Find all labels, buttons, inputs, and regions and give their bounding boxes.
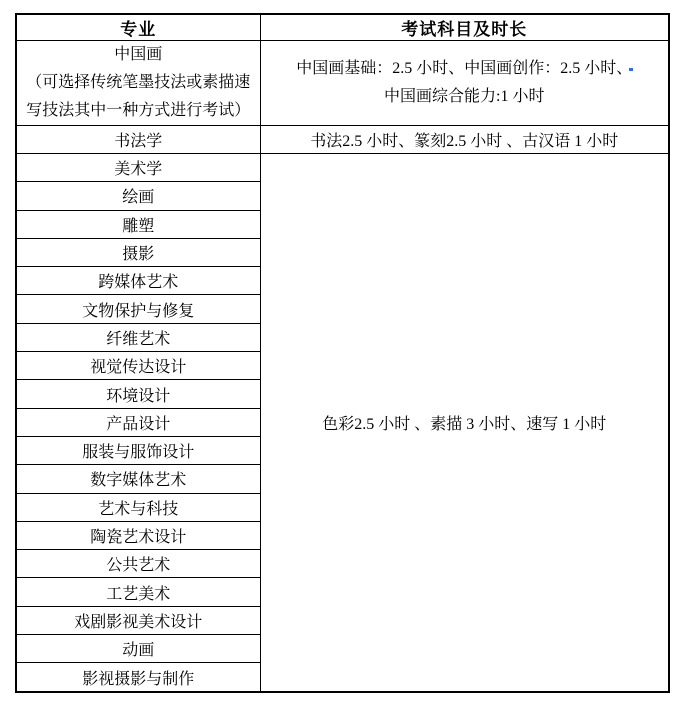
major-cell: 艺术与科技	[16, 493, 260, 521]
exam-subjects-table: 专业 考试科目及时长 中国画 （可选择传统笔墨技法或素描速 写技法其中一种方式进…	[15, 13, 670, 693]
major-cell: 雕塑	[16, 210, 260, 238]
major-cell: 影视摄影与制作	[16, 663, 260, 692]
major-cell: 纤维艺术	[16, 323, 260, 351]
major-cell-chinese-painting: 中国画 （可选择传统笔墨技法或素描速 写技法其中一种方式进行考试）	[16, 41, 260, 126]
header-row: 专业 考试科目及时长	[16, 14, 669, 41]
table-row-chinese-painting: 中国画 （可选择传统笔墨技法或素描速 写技法其中一种方式进行考试） 中国画基础：…	[16, 41, 669, 126]
major-cell: 数字媒体艺术	[16, 465, 260, 493]
column-header-major: 专业	[16, 14, 260, 41]
major-cell: 绘画	[16, 182, 260, 210]
major-cell: 动画	[16, 635, 260, 663]
major-note-line1: （可选择传统笔墨技法或素描速	[19, 69, 258, 97]
artifact-blue-dot	[629, 68, 633, 71]
major-cell: 戏剧影视美术设计	[16, 606, 260, 634]
exam-text-line1: 中国画基础：2.5 小时、中国画创作：2.5 小时、	[263, 55, 667, 83]
major-cell: 文物保护与修复	[16, 295, 260, 323]
major-cell: 产品设计	[16, 408, 260, 436]
table-row: 美术学 色彩2.5 小时 、素描 3 小时、速写 1 小时	[16, 154, 669, 182]
major-cell: 陶瓷艺术设计	[16, 521, 260, 549]
exam-cell-chinese-painting: 中国画基础：2.5 小时、中国画创作：2.5 小时、 中国画综合能力:1 小时	[260, 41, 669, 126]
exam-cell-general-merged: 色彩2.5 小时 、素描 3 小时、速写 1 小时	[260, 154, 669, 693]
major-cell: 工艺美术	[16, 578, 260, 606]
major-cell-calligraphy: 书法学	[16, 126, 260, 154]
major-cell: 跨媒体艺术	[16, 267, 260, 295]
table-row-calligraphy: 书法学 书法2.5 小时、篆刻2.5 小时 、古汉语 1 小时	[16, 126, 669, 154]
major-cell: 美术学	[16, 154, 260, 182]
exam-text-line2: 中国画综合能力:1 小时	[263, 83, 667, 111]
major-cell: 服装与服饰设计	[16, 436, 260, 464]
major-cell: 环境设计	[16, 380, 260, 408]
major-cell: 公共艺术	[16, 550, 260, 578]
exam-cell-calligraphy: 书法2.5 小时、篆刻2.5 小时 、古汉语 1 小时	[260, 126, 669, 154]
major-name: 中国画	[19, 41, 258, 69]
major-note-line2: 写技法其中一种方式进行考试）	[19, 97, 258, 125]
major-cell: 视觉传达设计	[16, 352, 260, 380]
major-cell: 摄影	[16, 238, 260, 266]
column-header-exam-subjects: 考试科目及时长	[260, 14, 669, 41]
exam-subjects-table-wrap: 专业 考试科目及时长 中国画 （可选择传统笔墨技法或素描速 写技法其中一种方式进…	[15, 13, 670, 693]
